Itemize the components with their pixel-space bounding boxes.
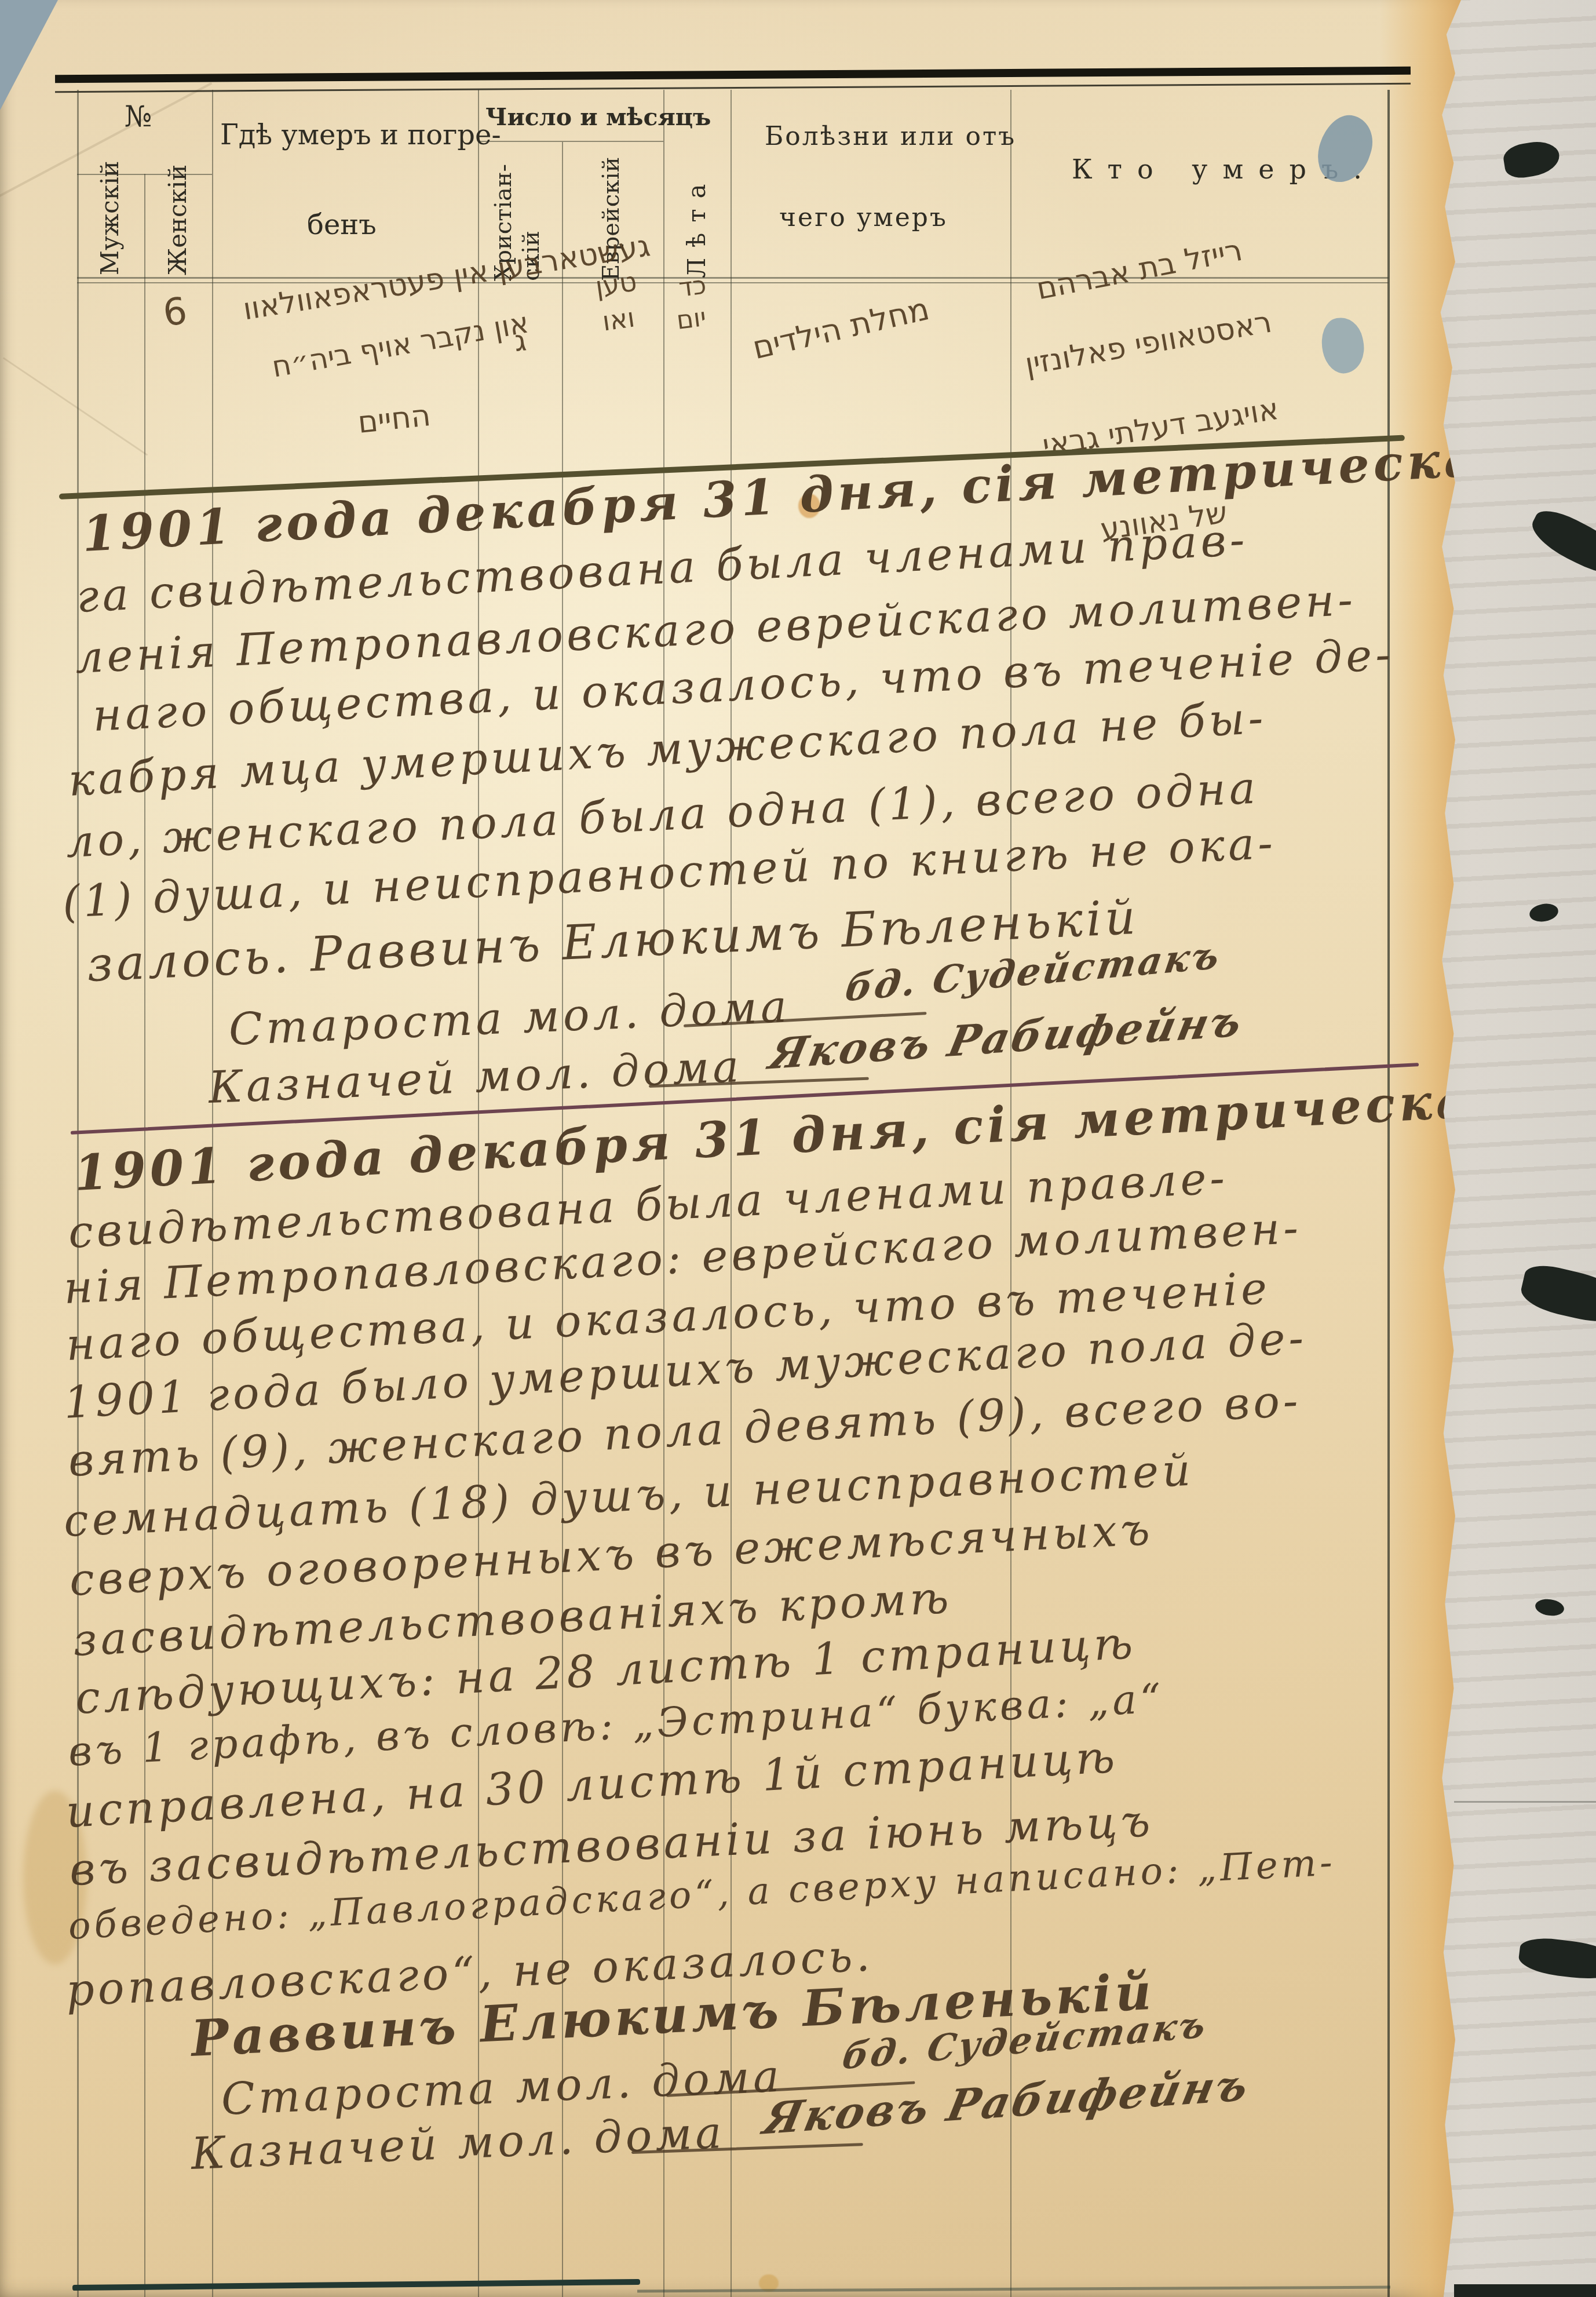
col-header-where-line2: бенъ	[307, 209, 377, 241]
record-female-number: 6	[160, 290, 190, 336]
record-who-died-line2: ראסטאוופי פאלונזין	[1022, 305, 1274, 382]
record-jewish-date-line2: ואו	[600, 301, 637, 337]
kaznachey-signature: Яковъ Рабифейнъ	[765, 996, 1248, 1079]
bottom-edge-line-faint	[637, 2286, 1390, 2293]
record-age-line1: כד	[677, 270, 708, 302]
paper-crease	[3, 357, 148, 455]
backing-bottom-shadow	[1454, 2284, 1596, 2297]
scanned-metrical-book-page: № Мужскій Женскій Гдѣ умеръ и погре- бен…	[0, 0, 1596, 2297]
col-header-illness-line1: Болѣзни или отъ	[765, 122, 1016, 151]
record-jewish-date-line1: טען	[593, 265, 638, 302]
record-who-died-line1: רייזל בת אברהם	[1033, 233, 1245, 307]
kaznachey-signature: Яковъ Рабифейнъ	[759, 2060, 1255, 2145]
record-where-died-line2: און נקבר אויף ביה״ח	[269, 306, 531, 384]
backing-sheet-seam	[1454, 1801, 1596, 1803]
col-header-female: Женскій	[163, 171, 192, 275]
col-header-illness-line2: чего умеръ	[779, 203, 948, 232]
record-age-line2: יום	[675, 302, 708, 336]
record-illness: מחלת הילדים	[749, 290, 933, 366]
header-bottom-line-2	[77, 282, 1389, 283]
top-thin-rule	[55, 83, 1411, 93]
corner-backing-sliver	[0, 0, 58, 110]
date-header-underline	[478, 141, 663, 142]
col-header-where-line1: Гдѣ умеръ и погре-	[220, 119, 501, 151]
bottom-edge-line	[72, 2279, 640, 2291]
col-header-male: Мужскій	[96, 171, 124, 275]
record-where-died-line3: החיים	[356, 398, 432, 440]
blue-ink-blot	[1317, 314, 1369, 377]
table-border-right	[1387, 90, 1390, 2297]
col-header-no: №	[125, 100, 152, 133]
col-header-age: Лѣта	[682, 156, 711, 278]
document-page: № Мужскій Женскій Гдѣ умеръ и погре- бен…	[0, 0, 1461, 2297]
top-thick-rule	[55, 67, 1411, 83]
col-header-date-group: Число и мѣсяцъ	[485, 103, 711, 131]
